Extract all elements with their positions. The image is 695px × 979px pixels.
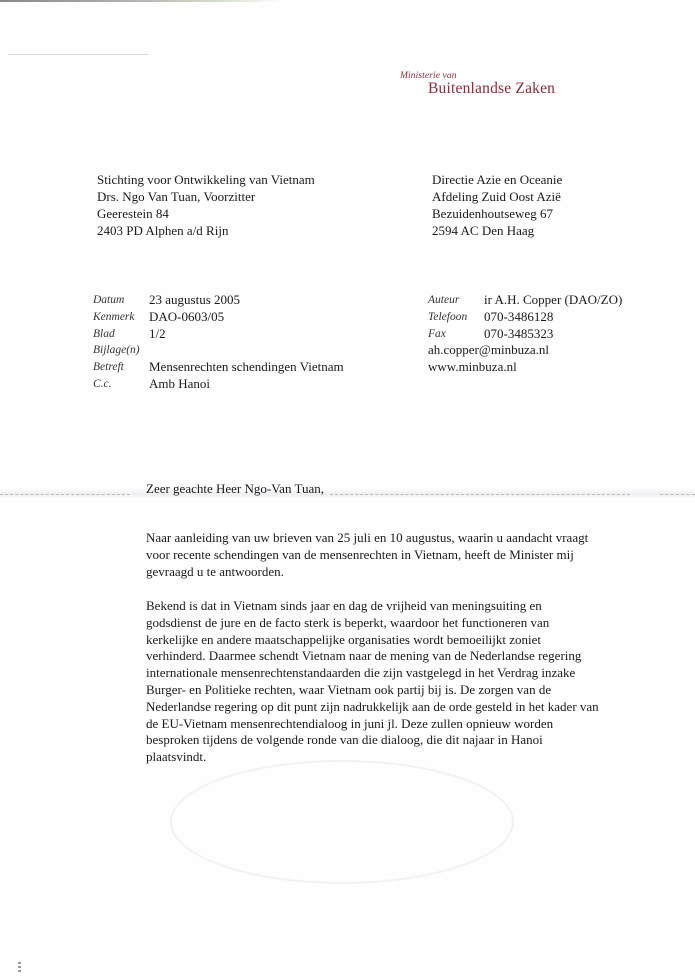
reference-value: Mensenrechten schendingen Vietnam: [149, 359, 344, 376]
reference-label: Betreft: [93, 359, 149, 376]
contact-value: 070-3486128: [484, 309, 553, 326]
reference-block: Datum 23 augustus 2005 Kenmerk DAO-0603/…: [93, 292, 344, 393]
contact-label: Auteur: [428, 292, 484, 309]
reference-row: C.c. Amb Hanoi: [93, 376, 344, 393]
text-line: verhinderd. Daarmee schendt Vietnam naar…: [146, 648, 626, 665]
reference-row: Kenmerk DAO-0603/05: [93, 309, 344, 326]
text-line: Naar aanleiding van uw brieven van 25 ju…: [146, 530, 626, 547]
ministry-name: Buitenlandse Zaken: [428, 80, 555, 98]
letter-page: Ministerie van Buitenlandse Zaken Sticht…: [0, 0, 695, 979]
reference-value: 1/2: [149, 326, 166, 343]
contact-email[interactable]: ah.copper@minbuza.nl: [428, 342, 549, 359]
contact-value: ir A.H. Copper (DAO/ZO): [484, 292, 622, 309]
text-line: Nederlandse regering op dit punt zijn na…: [146, 699, 626, 716]
reference-value: DAO-0603/05: [149, 309, 224, 326]
recipient-address: Stichting voor Ontwikkeling van Vietnam …: [97, 171, 315, 239]
reference-row: Blad 1/2: [93, 326, 344, 343]
text-line: internationale mensenrechtenstandaarden …: [146, 665, 626, 682]
text-line: gevraagd u te antwoorden.: [146, 564, 626, 581]
reference-row: Bijlage(n): [93, 342, 344, 359]
contact-block: Auteur ir A.H. Copper (DAO/ZO) Telefoon …: [428, 292, 622, 376]
margin-mark: [18, 962, 21, 974]
contact-value: 070-3485323: [484, 326, 553, 343]
contact-label: Fax: [428, 326, 484, 343]
text-line: godsdienst de jure en de facto sterk is …: [146, 615, 626, 632]
fold-line: [0, 494, 130, 496]
reference-row: Datum 23 augustus 2005: [93, 292, 344, 309]
scan-edge: [0, 0, 280, 2]
reference-row: Betreft Mensenrechten schendingen Vietna…: [93, 359, 344, 376]
reference-label: Blad: [93, 326, 149, 343]
contact-email-row: ah.copper@minbuza.nl: [428, 342, 622, 359]
sender-line: Afdeling Zuid Oost Azië: [432, 188, 562, 205]
reference-label: Datum: [93, 292, 149, 309]
text-line: kerkelijke en andere maatschappelijke or…: [146, 632, 626, 649]
recipient-line: 2403 PD Alphen a/d Rijn: [97, 222, 315, 239]
sender-line: 2594 AC Den Haag: [432, 222, 562, 239]
sender-line: Directie Azie en Oceanie: [432, 171, 562, 188]
text-line: de EU-Vietnam mensenrechtendialoog in ju…: [146, 716, 626, 733]
contact-row: Fax 070-3485323: [428, 326, 622, 343]
paragraph-2: Bekend is dat in Vietnam sinds jaar en d…: [146, 598, 626, 766]
reference-value: Amb Hanoi: [149, 376, 210, 393]
reference-label: C.c.: [93, 376, 149, 393]
reference-label: Kenmerk: [93, 309, 149, 326]
sender-line: Bezuidenhoutseweg 67: [432, 205, 562, 222]
contact-row: Telefoon 070-3486128: [428, 309, 622, 326]
text-line: Burger- en Politieke rechten, waar Vietn…: [146, 682, 626, 699]
text-line: besproken tijdens de volgende ronde van …: [146, 732, 626, 749]
paragraph-1: Naar aanleiding van uw brieven van 25 ju…: [146, 530, 626, 580]
fold-line: [330, 494, 630, 496]
seal-watermark: [170, 760, 514, 884]
contact-label: Telefoon: [428, 309, 484, 326]
text-line: Bekend is dat in Vietnam sinds jaar en d…: [146, 598, 626, 615]
reference-value: 23 augustus 2005: [149, 292, 240, 309]
text-line: voor recente schendingen van de mensenre…: [146, 547, 626, 564]
ministry-logo: Ministerie van Buitenlandse Zaken: [400, 71, 555, 98]
reference-label: Bijlage(n): [93, 342, 149, 359]
recipient-line: Stichting voor Ontwikkeling van Vietnam: [97, 171, 315, 188]
paper-crease: [8, 54, 148, 55]
recipient-line: Drs. Ngo Van Tuan, Voorzitter: [97, 188, 315, 205]
salutation: Zeer geachte Heer Ngo-Van Tuan,: [146, 481, 324, 497]
recipient-line: Geerestein 84: [97, 205, 315, 222]
sender-address: Directie Azie en Oceanie Afdeling Zuid O…: [432, 171, 562, 239]
fold-line: [660, 494, 695, 496]
contact-website[interactable]: www.minbuza.nl: [428, 359, 517, 376]
contact-row: Auteur ir A.H. Copper (DAO/ZO): [428, 292, 622, 309]
contact-website-row: www.minbuza.nl: [428, 359, 622, 376]
